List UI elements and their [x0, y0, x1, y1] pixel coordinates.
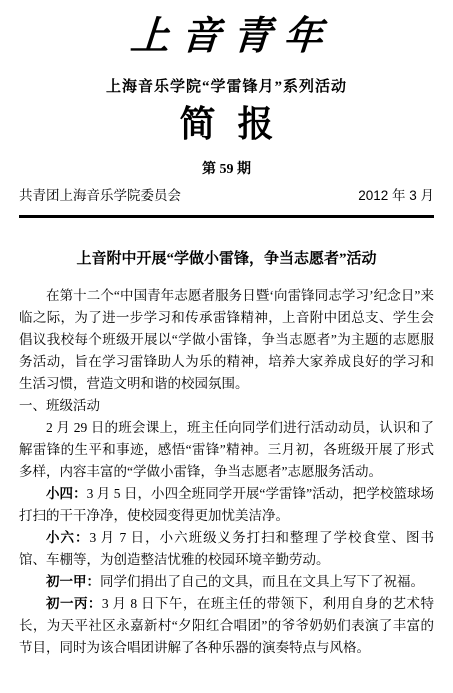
publishing-organization: 共青团上海音乐学院委员会 [19, 187, 181, 204]
intro-paragraph: 在第十二个“中国青年志愿者服务日暨‘向雷锋同志学习’纪念日”来临之际，为了进一步… [19, 285, 434, 395]
paragraph-xiaoliu: 小六：3 月 7 日，小六班级义务打扫和整理了学校食堂、图书馆、车棚等，为创造整… [19, 527, 434, 571]
publication-date: 2012 年 3 月 [358, 187, 434, 204]
paragraph-chuyibing: 初一丙：3 月 8 日下午，在班主任的带领下，利用自身的艺术特长，为天平社区永嘉… [19, 593, 434, 659]
masthead-title: 上音青年 [17, 12, 435, 62]
paragraph-label: 小四： [46, 486, 87, 501]
issue-number: 第 59 期 [19, 161, 434, 178]
paragraph-label: 小六： [46, 530, 90, 545]
article-body: 在第十二个“中国青年志愿者服务日暨‘向雷锋同志学习’纪念日”来临之际，为了进一步… [19, 285, 434, 659]
article-heading: 上音附中开展“学做小雷锋，争当志愿者”活动 [19, 250, 434, 269]
masthead-subtitle: 上海音乐学院“学雷锋月”系列活动 [19, 78, 434, 96]
paragraph-xiaosi: 小四：3 月 5 日，小四全班同学开展“学雷锋”活动，把学校篮球场打扫的干干净净… [19, 483, 434, 527]
paragraph-label: 初一丙： [46, 596, 102, 611]
masthead-divider [19, 215, 434, 218]
paragraph-chuyijia: 初一甲：同学们捐出了自己的文具，而且在文具上写下了祝福。 [19, 571, 434, 593]
paragraph-label: 初一甲： [46, 574, 100, 589]
bulletin-title: 简 报 [19, 102, 434, 146]
bulletin-page: 上音青年 上海音乐学院“学雷锋月”系列活动 简 报 第 59 期 共青团上海音乐… [0, 0, 453, 693]
paragraph-text: 在第十二个“中国青年志愿者服务日暨‘向雷锋同志学习’纪念日”来临之际，为了进一步… [19, 288, 434, 391]
paragraph-text: 同学们捐出了自己的文具，而且在文具上写下了祝福。 [100, 574, 424, 589]
paragraph-class-meeting: 2 月 29 日的班会课上，班主任向同学们进行活动动员，认识和了解雷锋的生平和事… [19, 417, 434, 483]
section-title: 一、班级活动 [19, 395, 434, 417]
paragraph-text: 2 月 29 日的班会课上，班主任向同学们进行活动动员，认识和了解雷锋的生平和事… [19, 420, 434, 479]
masthead-info-row: 共青团上海音乐学院委员会 2012 年 3 月 [19, 187, 434, 204]
